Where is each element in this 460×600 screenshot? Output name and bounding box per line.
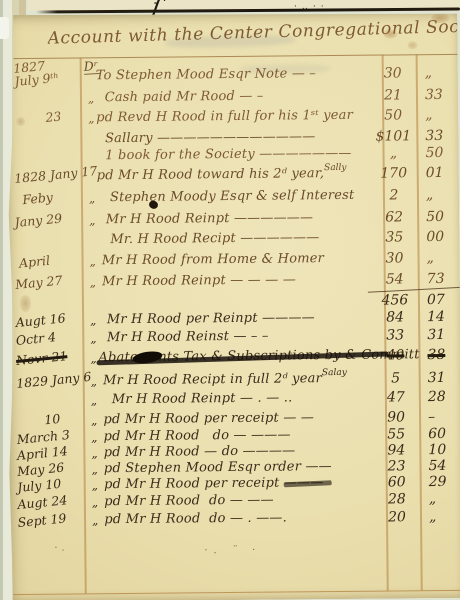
paper-tab xyxy=(0,17,9,39)
amount-dollars: 170 xyxy=(375,165,413,181)
amount-cents: 33 xyxy=(418,128,460,144)
amount-dollars: 60 xyxy=(378,474,416,490)
amount-cents: „ xyxy=(419,250,460,266)
amount-cents: 01 xyxy=(419,165,460,181)
amount-dollars: 35 xyxy=(375,229,413,245)
amount-dollars: 54 xyxy=(376,271,414,287)
foxing-spot xyxy=(407,41,417,49)
amount-cents: 33 xyxy=(418,87,460,103)
amount-dollars: 55 xyxy=(377,426,415,442)
ditto-mark: „ xyxy=(89,254,95,268)
ink-specks: ·. xyxy=(54,543,68,554)
entry-description: To Stephen Mood Esqr Note — – xyxy=(96,66,316,83)
amount-cents: 07 xyxy=(420,292,460,308)
amount-cents: 50 xyxy=(418,145,460,161)
ditto-mark: „ xyxy=(91,374,97,388)
amount-cents: 50 xyxy=(419,209,460,225)
amount-cents: 31 xyxy=(420,327,460,343)
amount-cents: „ xyxy=(418,107,460,123)
ditto-mark: „ xyxy=(89,191,95,205)
superscript-note: Sally xyxy=(324,163,346,173)
amount-cents: „ xyxy=(418,65,460,81)
ledger-page: Account with the Center Congregational S… xyxy=(3,11,460,600)
entry-description: pd Mr H Rood per receipt — — xyxy=(99,410,314,427)
amount-dollars: 28 xyxy=(378,491,416,507)
amount-dollars: 84 xyxy=(376,309,414,325)
amount-cents: 29 xyxy=(422,474,460,490)
amount-cents: 14 xyxy=(420,309,460,325)
amount-cents: „ xyxy=(422,491,460,507)
entry-description: Mr H Rood Recipt in full 2ᵈ yearSalay xyxy=(99,371,347,388)
ledger-row: Novr 21 „ Abatements Tax & Subscriptions… xyxy=(6,347,460,371)
amount-dollars: 30 xyxy=(375,250,413,266)
entry-description: Mr. H Rood Recipt —————— xyxy=(97,230,319,247)
ditto-mark: „ xyxy=(90,331,96,345)
entry-description: pd Mr H Rood do — —— xyxy=(100,493,274,510)
superscript-note: Salay xyxy=(322,368,347,378)
ditto-mark: „ xyxy=(90,351,96,365)
amount-cents: 31 xyxy=(421,370,460,386)
entry-description: pd Mr H Rood do — ——— xyxy=(99,427,291,444)
amount-cents: 10 xyxy=(421,442,460,458)
amount-dollars: 5 xyxy=(377,370,415,386)
entry-description: pd Mr H Rood toward his 2ᵈ year,Sally xyxy=(97,166,347,183)
amount-dollars: 20 xyxy=(378,509,416,525)
scanned-ledger-page: ſ ·‥·· Account with the Center Congregat… xyxy=(0,0,460,600)
bottom-rule-line xyxy=(11,590,460,595)
amount-dollars: 47 xyxy=(377,389,415,405)
ink-specks: ·. ¨ · xyxy=(204,545,261,557)
entry-description: Mr H Rood Reinpt —————— xyxy=(97,210,313,227)
amount-cents: 28 xyxy=(421,389,460,405)
amount-dollars: 62 xyxy=(375,209,413,225)
amount-dollars: 90 xyxy=(377,409,415,425)
amount-dollars: 2 xyxy=(375,187,413,203)
entry-description: Mr H Rood per Reinpt ———— xyxy=(98,310,315,327)
ledger-row: Feby „ Stephen Moody Esqr & self Interes… xyxy=(5,187,459,211)
ledger-row: 1827July 9ᵗʰ To Stephen Mood Esqr Note —… xyxy=(4,65,458,89)
entry-date: 1827July 9ᵗʰ xyxy=(13,54,101,88)
amount-cents: – xyxy=(421,409,460,425)
foxing-spot xyxy=(16,117,25,126)
amount-dollars: „ xyxy=(374,145,412,161)
amount-dollars: 30 xyxy=(374,65,412,81)
entry-description: Mr H Rood Reinpt — — — — xyxy=(98,272,296,289)
entry-description: pd Mr H Rood — do ———— xyxy=(99,443,295,460)
entry-description: 1 book for the Society ——————— xyxy=(96,146,351,163)
amount-dollars: 33 xyxy=(376,327,414,343)
amount-dollars: 456 xyxy=(376,292,414,308)
ledger-row: 1828 Jany 17 pd Mr H Rood toward his 2ᵈ … xyxy=(5,165,459,189)
amount-cents: „ xyxy=(419,187,460,203)
ink-specks: ·‥·· xyxy=(294,2,329,12)
ditto-mark: „ xyxy=(91,393,97,407)
ledger-row: Sept 19 „ pd Mr H Rood do — . ——. 20 „ xyxy=(8,509,460,533)
entry-description: Mr H Rood from Home & Homer xyxy=(97,251,324,268)
amount-dollars: 40 xyxy=(376,347,414,363)
foxing-spot xyxy=(20,295,31,312)
entry-description: pd Mr H Rood do — . ——. xyxy=(100,510,287,527)
entry-description: Mr H Rood Reinst — – – xyxy=(98,329,269,346)
entry-description: Mr H Rood Reinpt — . — .. xyxy=(99,390,293,407)
ditto-mark: „ xyxy=(88,111,94,125)
amount-cents: „ xyxy=(422,509,460,525)
entry-date: 1829 Jany 6 xyxy=(16,369,103,390)
amount-dollars: 50 xyxy=(374,107,412,123)
entry-description: pd Stephen Mood Esqr order —— xyxy=(99,459,331,476)
ditto-mark: „ xyxy=(89,213,95,227)
amount-dollars: 94 xyxy=(377,442,415,458)
amount-cents: 38 xyxy=(420,347,460,363)
amount-dollars: 21 xyxy=(374,87,412,103)
amount-dollars: 23 xyxy=(377,458,415,474)
amount-cents: 00 xyxy=(419,229,460,245)
entry-description: Cash paid Mr Rood — – xyxy=(96,89,264,106)
amount-cents: 60 xyxy=(421,426,460,442)
entry-description: Sallary ———————————— xyxy=(96,129,315,146)
ditto-mark: „ xyxy=(92,513,98,527)
amount-cents: 54 xyxy=(421,458,460,474)
entry-description: pd Revd H Rood in full for his 1ˢᵗ year xyxy=(96,108,353,125)
ditto-mark: „ xyxy=(88,91,94,105)
entry-description: Stephen Moody Esqr & self Interest xyxy=(97,188,355,205)
ditto-mark: „ xyxy=(90,275,96,289)
amount-cents: 73 xyxy=(420,271,460,287)
amount-dollars: $101 xyxy=(374,128,412,144)
